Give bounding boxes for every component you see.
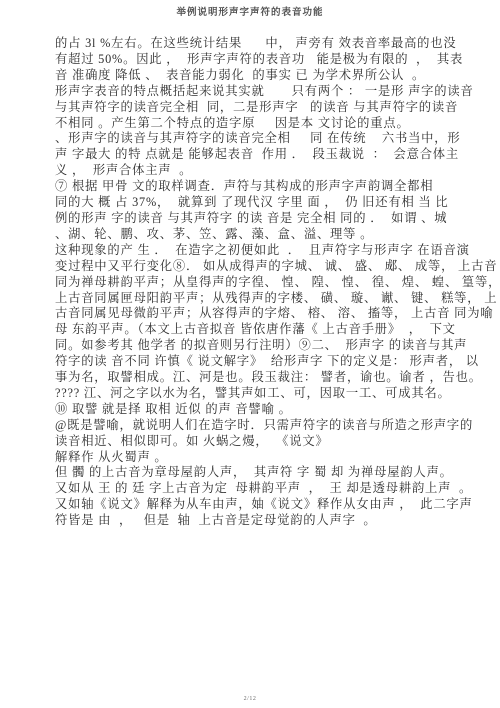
- text-line: ⑦ 根据 甲骨 文的取样调查．声符与其构成的形声字声韵调全都相: [55, 179, 447, 195]
- text-line: ???? 江、河之字以水为名，譬其声如工、可，因取一工、可成其名。: [55, 386, 447, 402]
- text-line: ⑩ 取譬 就是择 取相 近似 的声 音譬喻 。: [55, 402, 447, 418]
- text-line: 上古音同属匣母阳韵平声；从残得声的字楼、 磺、 璇、 谳、 键、 糕等， 上: [55, 291, 447, 307]
- text-line: 但 髑 的上古音为章母屋韵人声， 其声符 字 蜀 却 为禅母屋韵人声。: [55, 465, 447, 481]
- text-line: @既是譬喻，就说明人们在造字时．只需声符字的读音与所造之形声字的: [55, 418, 447, 434]
- text-line: 形声字表音的特点概括起来说其实就 只有两个 ： 一是形 声字的读音: [55, 84, 447, 100]
- text-line: 同为禅母耕韵平声；从皇得声的字徨、 惶、 隍、 惶、 徨、 煌、 蝗、 篁等，: [55, 275, 447, 291]
- text-line: 又如从 王 的 廷 字上古音为定 母耕韵平声 ， 王 却是透母耕韵上声 。: [55, 481, 447, 497]
- text-line: 音 准确度 降低 、 表音能力弱化 的事实 已 为学术界所公认 。: [55, 68, 447, 84]
- text-line: 又如轴《说文》解释为从车由声，妯《说文》释作从女由声 ， 此二字声: [55, 497, 447, 513]
- document-body: 的占 3l %左右。在这些统计结果 中， 声旁有 效表音率最高的也没 有超过 5…: [55, 36, 447, 529]
- text-line: 这种现象的产 生 ． 在造字之初便如此 ． 且声符字与形声字 在语音演: [55, 243, 447, 259]
- text-line: 母 东韵平声。（本文上古音拟音 皆依唐作藩《 上古音手册》 ， 下文: [55, 322, 447, 338]
- text-line: 符字的读 音不同 许慎《 说文解字》 给形声字 下的定义是： 形声者， 以: [55, 354, 447, 370]
- text-line: 与其声符字的读音完全相 同，二是形声字 的读音 与其声符字的读音: [55, 100, 447, 116]
- text-line: 不相同 。产生第二个特点的造字原 因是本 文讨论的重点。: [55, 116, 447, 132]
- text-line: 声 字最大 的特 点就是 能够起表音 作用 ． 段玉裁说 ： 会意合体主: [55, 147, 447, 163]
- page-number: 2/12: [0, 696, 500, 702]
- text-line: 、形声字的读音与其声符字的读音完全相 同 在传统 六书当中，形: [55, 131, 447, 147]
- document-title: 举例说明形声字声符的表音功能: [0, 4, 500, 18]
- text-line: 同。如参考其 他学者 的拟音则另行注明）⑨二、 形声字 的读音与其声: [55, 338, 447, 354]
- text-line: 有超过 50%。因此 ， 形声字声符的表音功 能是极为有限的 ， 其表: [55, 52, 447, 68]
- text-line: 例的形声 字的读音 与其声符字 的读 音是 完全相 同的 ． 如谓 、城: [55, 211, 447, 227]
- text-line: 符皆是 由 ， 但是 轴 上古音是定母觉韵的人声字 。: [55, 513, 447, 529]
- document-page: 举例说明形声字声符的表音功能 的占 3l %左右。在这些统计结果 中， 声旁有 …: [0, 0, 500, 708]
- text-line: 变过程中又平行变化⑧． 如从成得声的字城、 诚、 盛、 郕、 成等， 上古音: [55, 259, 447, 275]
- text-line: 事为名，取譬相成。江、河是也。段玉裁注： 譬者，谕也。谕者 ，告也。: [55, 370, 447, 386]
- text-line: 的占 3l %左右。在这些统计结果 中， 声旁有 效表音率最高的也没: [55, 36, 447, 52]
- text-line: 古音同属见母微韵平声；从容得声的字熔、 榕、 溶、 搐等， 上古音 同为喻: [55, 306, 447, 322]
- text-line: 、湖、轮、鹏、攻、茅、笠、露、藻、盒、溢、理等 。: [55, 227, 447, 243]
- text-line: 义 ， 形声合体主声 。: [55, 163, 447, 179]
- text-line: 读音相近、相似即可。如 火蜗之熳， 《说文》: [55, 434, 447, 450]
- text-line: 同的大 概 占 37%， 就算到 了现代汉 字里 面 ， 仍 旧还有相 当 比: [55, 195, 447, 211]
- text-line: 解释作 从火蜀声 。: [55, 450, 447, 466]
